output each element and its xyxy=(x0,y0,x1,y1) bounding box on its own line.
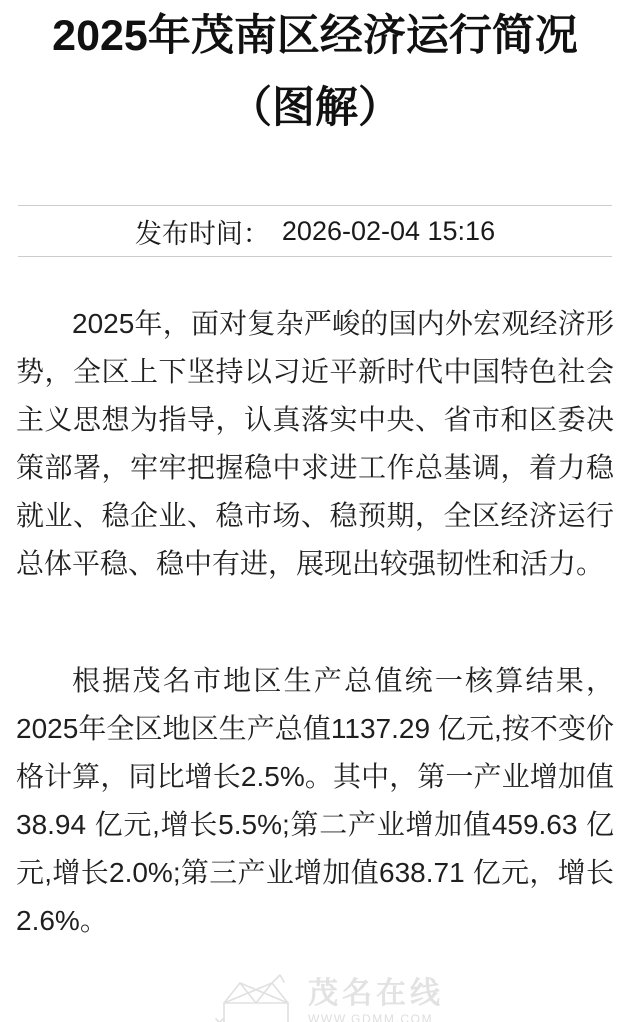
publish-time-label: 发布时间： xyxy=(135,212,270,251)
publish-time-value: 2026-02-04 15:16 xyxy=(282,216,495,247)
article-body: 2025年，面对复杂严峻的国内外宏观经济形势，全区上下坚持以习近平新时代中国特色… xyxy=(16,300,614,945)
watermark-site-name: 茂名在线 xyxy=(308,979,444,1009)
paragraph-economy-overview: 2025年，面对复杂严峻的国内外宏观经济形势，全区上下坚持以习近平新时代中国特色… xyxy=(16,300,614,588)
watermark-text-block: 茂名在线 WWW.GDMM.COM xyxy=(308,973,444,1022)
site-watermark: 茂名在线 WWW.GDMM.COM xyxy=(214,973,444,1022)
watermark-site-url: WWW.GDMM.COM xyxy=(308,1012,444,1022)
article-page: 2025年茂南区经济运行简况（图解） 发布时间： 2026-02-04 15:1… xyxy=(0,0,630,945)
maoming-online-logo-icon xyxy=(214,973,298,1022)
article-title: 2025年茂南区经济运行简况（图解） xyxy=(16,0,614,144)
paragraph-gdp-figures: 根据茂名市地区生产总值统一核算结果，2025年全区地区生产总值1137.29 亿… xyxy=(16,657,614,945)
publish-time-bar: 发布时间： 2026-02-04 15:16 xyxy=(18,205,612,257)
